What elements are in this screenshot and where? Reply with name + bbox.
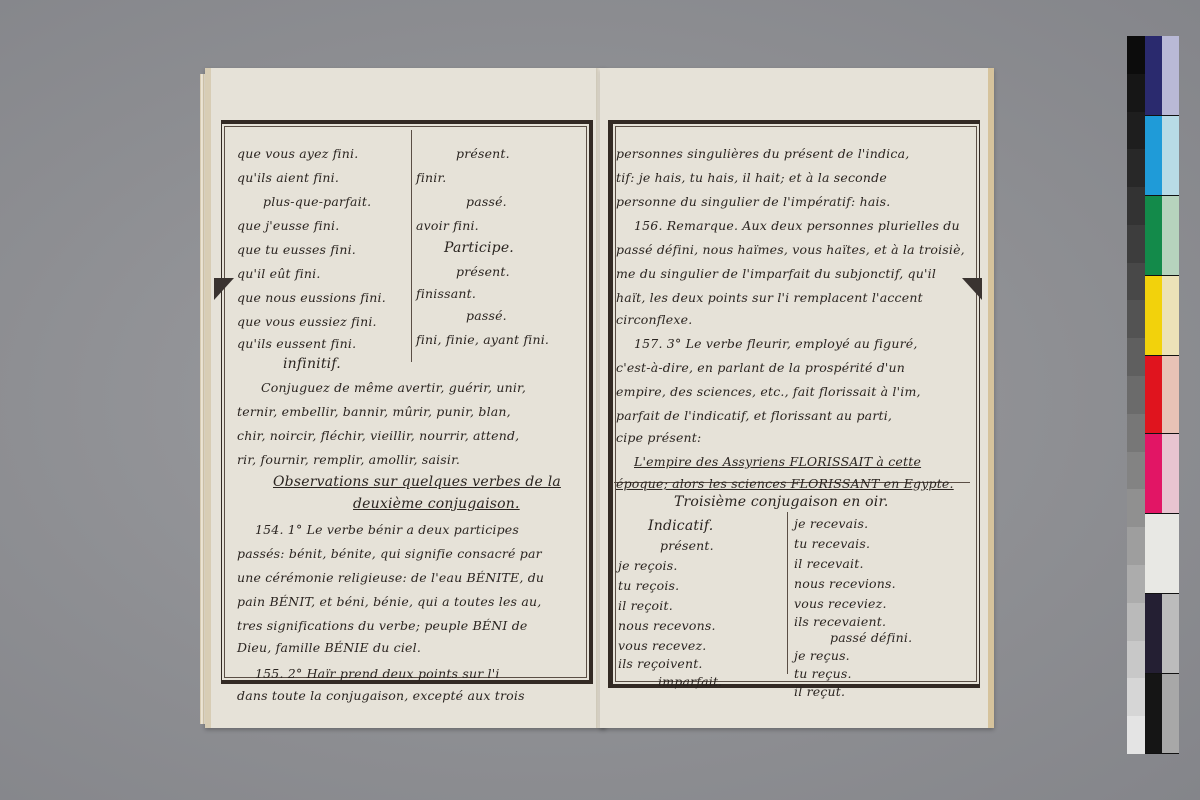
text-line: c'est-à-dire, en parlant de la prospérit… [616,360,905,375]
example-line: L'empire des Assyriens FLORISSAIT à cett… [634,454,921,469]
gray-patch [1127,187,1145,225]
tint-patch [1162,594,1179,674]
infinitif-heading: infinitif. [283,356,341,372]
text-line: je reçus. [794,648,850,663]
gray-patch [1127,641,1145,679]
color-patch-column [1145,36,1162,754]
tense-heading: passé. [466,308,507,323]
text-line: que nous eussions fini. [237,290,386,305]
gray-patch [1127,565,1145,603]
tint-patch [1162,116,1179,196]
gray-patch [1127,36,1145,74]
text-line: nous recevons. [618,618,716,633]
text-line: passés: bénit, bénite, qui signifie cons… [237,546,542,561]
column-divider [411,130,412,362]
text-line: chir, noircir, fléchir, vieillir, nourri… [237,428,519,443]
text-line: dans toute la conjugaison, excepté aux t… [237,688,525,703]
fold-marker-icon [214,278,234,300]
text-line: je recevais. [794,516,868,531]
color-calibration-strip [1127,36,1179,754]
tense-heading: présent. [660,538,714,553]
color-patch [1145,514,1162,594]
text-line: une cérémonie religieuse: de l'eau BÉNIT… [237,570,544,585]
text-line: tu reçois. [618,578,679,593]
tint-patch [1162,196,1179,276]
observations-heading: Observations sur quelques verbes de la [273,474,561,490]
text-line: circonflexe. [616,312,692,327]
text-line: je reçois. [618,558,678,573]
tense-heading: présent. [456,264,510,279]
text-line: 154. 1° Le verbe bénir a deux participes [255,522,519,537]
text-line: qu'ils aient fini. [237,170,339,185]
gray-patch [1127,338,1145,376]
gray-patch [1127,414,1145,452]
mood-heading: Indicatif. [648,518,713,534]
column-divider [787,512,788,674]
gray-patch [1127,716,1145,754]
color-patch [1145,36,1162,116]
text-line: vous receviez. [794,596,887,611]
color-patch [1145,276,1162,356]
text-line: 157. 3° Le verbe fleurir, employé au fig… [634,336,918,351]
text-line: que vous eussiez fini. [237,314,377,329]
example-line: époque; alors les sciences FLORISSANT en… [616,476,954,491]
text-line: avoir fini. [416,218,479,233]
color-patch [1145,674,1162,754]
fold-marker-icon [962,278,982,300]
text-line: finir. [416,170,446,185]
gray-patch [1127,112,1145,150]
tense-heading: passé. [466,194,507,209]
tint-patch-column [1162,36,1179,754]
text-line: ils reçoivent. [618,656,703,671]
text-line: finissant. [416,286,476,301]
text-line: tu recevais. [794,536,870,551]
text-line: que tu eusses fini. [237,242,356,257]
color-patch [1145,196,1162,276]
tint-patch [1162,356,1179,434]
color-patch [1145,356,1162,434]
tint-patch [1162,434,1179,514]
gray-patch [1127,225,1145,263]
tint-patch [1162,36,1179,116]
text-line: personnes singulières du présent de l'in… [616,146,909,161]
text-line: qu'il eût fini. [237,266,321,281]
tense-heading: présent. [456,146,510,161]
open-book: que vous ayez fini. qu'ils aient fini. p… [200,68,995,730]
gray-patch [1127,527,1145,565]
color-patch [1145,434,1162,514]
text-line: fini, finie, ayant fini. [416,332,549,347]
grayscale-column [1127,36,1145,754]
text-line: ils recevaient. [794,614,886,629]
text-line: tif: je hais, tu hais, il hait; et à la … [616,170,887,185]
section-heading: Participe. [444,240,514,256]
text-line: tu reçus. [794,666,852,681]
gray-patch [1127,376,1145,414]
gray-patch [1127,678,1145,716]
text-line: tres significations du verbe; peuple BÉN… [237,618,528,633]
right-page: personnes singulières du présent de l'in… [600,68,994,728]
text-line: 156. Remarque. Aux deux personnes plurie… [634,218,960,233]
text-line: ternir, embellir, bannir, mûrir, punir, … [237,404,511,419]
text-line: Dieu, famille BÉNIE du ciel. [237,640,421,655]
text-line: vous recevez. [618,638,706,653]
text-line: que j'eusse fini. [237,218,339,233]
text-line: il recevait. [794,556,864,571]
text-line: il reçut. [794,684,845,699]
gray-patch [1127,263,1145,301]
text-line: empire, des sciences, etc., fait floriss… [616,384,921,399]
text-line: parfait de l'indicatif, et florissant au… [616,408,892,423]
text-line: me du singulier de l'imparfait du subjon… [616,266,936,281]
section-heading: Troisième conjugaison en oir. [674,494,888,510]
text-line: cipe présent: [616,430,701,445]
gray-patch [1127,300,1145,338]
color-patch [1145,594,1162,674]
text-line: Conjuguez de même avertir, guérir, unir, [261,380,526,395]
tense-heading: plus-que-parfait. [263,194,371,209]
gray-patch [1127,74,1145,112]
gray-patch [1127,452,1145,490]
tense-heading: imparfait. [658,674,722,689]
text-line: haït, les deux points sur l'i remplacent… [616,290,923,305]
tint-patch [1162,674,1179,754]
tense-heading: passé défini. [830,630,912,645]
text-line: que vous ayez fini. [237,146,358,161]
text-line: rir, fournir, remplir, amollir, saisir. [237,452,460,467]
gray-patch [1127,603,1145,641]
text-line: personne du singulier de l'impératif: ha… [616,194,890,209]
text-line: qu'ils eussent fini. [237,336,356,351]
text-line: pain BÉNIT, et béni, bénie, qui a toutes… [237,594,541,609]
left-page: que vous ayez fini. qu'ils aient fini. p… [205,68,606,728]
color-patch [1145,116,1162,196]
text-line: nous recevions. [794,576,896,591]
tint-patch [1162,276,1179,356]
text-line: 155. 2° Haïr prend deux points sur l'i [255,666,500,681]
gray-patch [1127,489,1145,527]
text-line: il reçoit. [618,598,673,613]
text-line: passé défini, nous haïmes, vous haïtes, … [616,242,965,257]
observations-heading: deuxième conjugaison. [353,496,520,512]
tint-patch [1162,514,1179,594]
gray-patch [1127,149,1145,187]
